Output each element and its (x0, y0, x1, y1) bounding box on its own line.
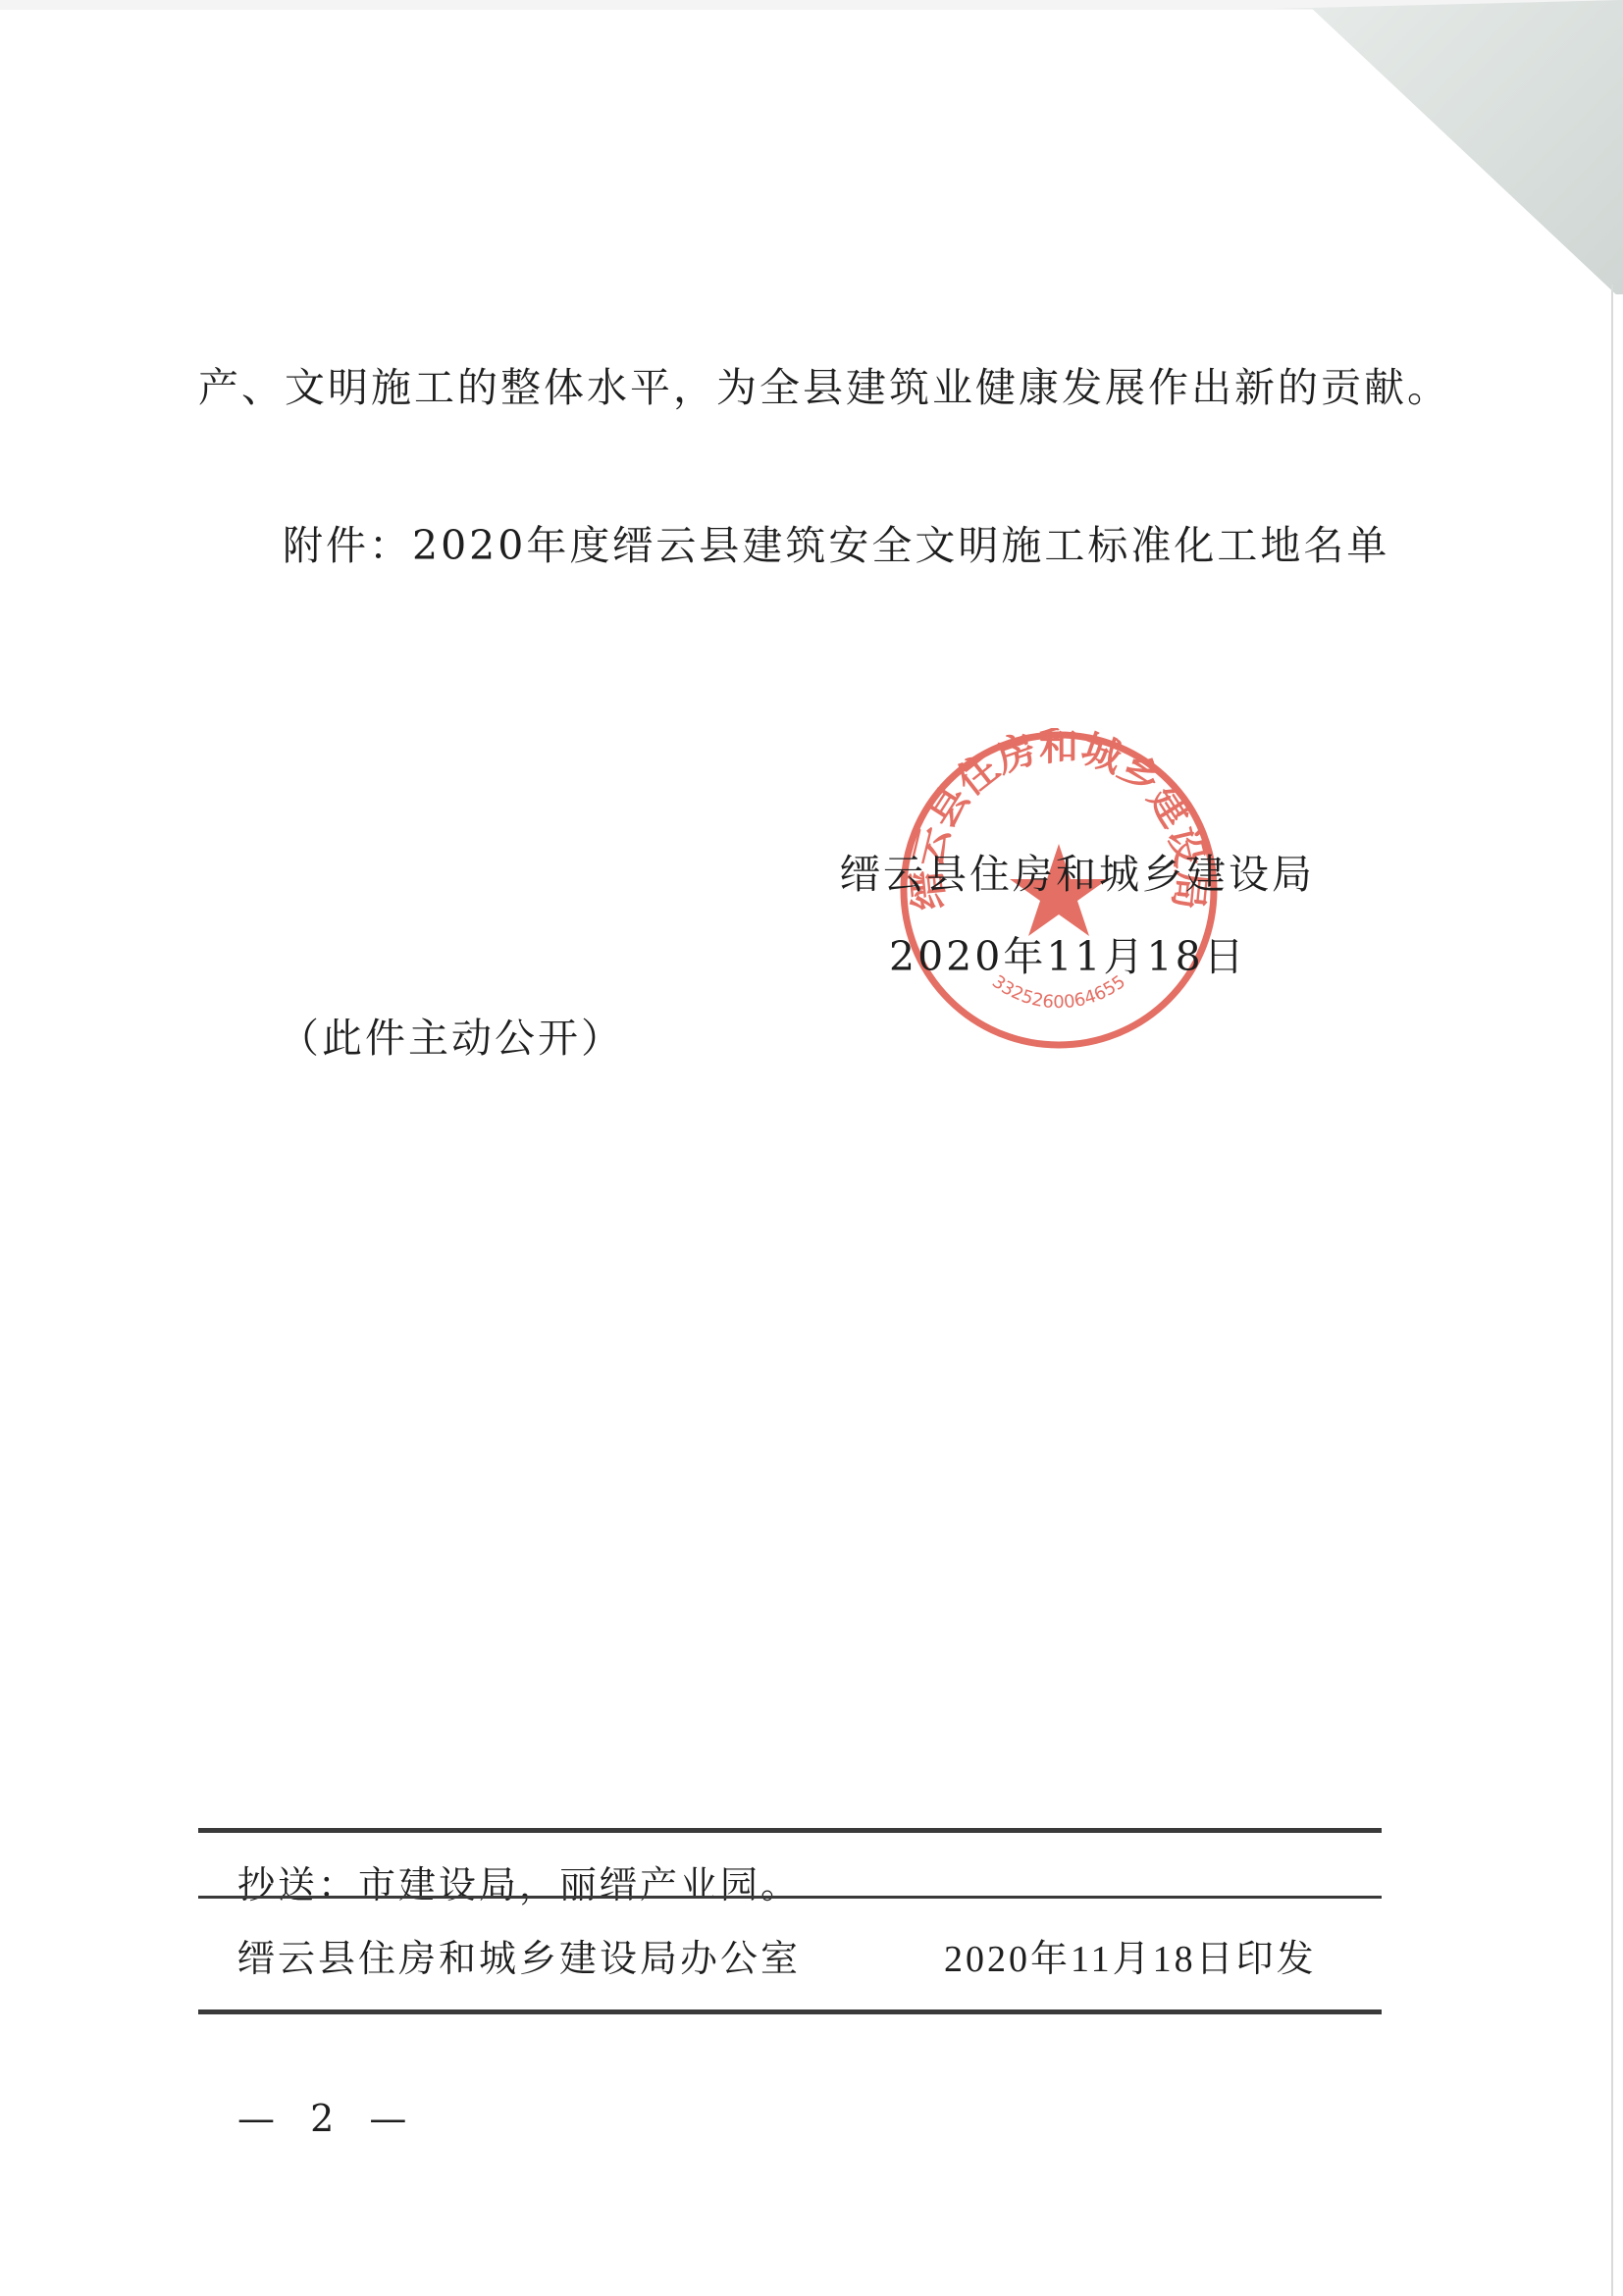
footer-rule-top (198, 1828, 1382, 1833)
scan-right-edge (1611, 285, 1613, 2296)
footer-rule-bottom (198, 2009, 1382, 2014)
signature-date: 2020年11月18日 (889, 924, 1247, 982)
disclosure-note: （此件主动公开） (279, 1006, 624, 1064)
page-number: — 2 — (237, 2097, 418, 2140)
attachment-line: 附件：2020年度缙云县建筑安全文明施工标准化工地名单 (283, 513, 1389, 571)
issuer-line: 缙云县住房和城乡建设局办公室 (237, 1928, 801, 1982)
footer-rule-middle (198, 1896, 1382, 1899)
folded-corner (1270, 0, 1623, 294)
body-paragraph: 产、文明施工的整体水平，为全县建筑业健康发展作出新的贡献。 (198, 355, 1450, 413)
cc-line: 抄送：市建设局，丽缙产业园。 (237, 1854, 801, 1908)
signature-organization: 缙云县住房和城乡建设局 (840, 842, 1315, 900)
issue-date: 2020年11月18日印发 (944, 1928, 1317, 1982)
document-page: 产、文明施工的整体水平，为全县建筑业健康发展作出新的贡献。 附件：2020年度缙… (0, 0, 1623, 2296)
